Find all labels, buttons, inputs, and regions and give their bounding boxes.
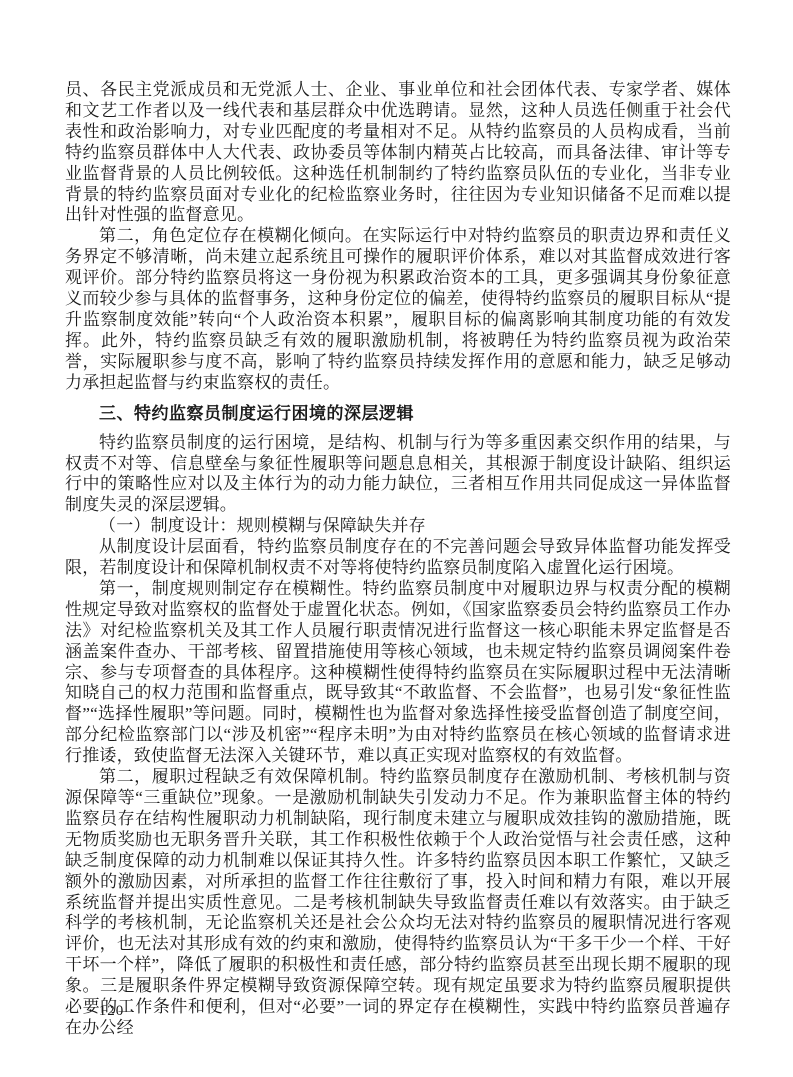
document-page: 员、各民主党派成员和无党派人士、企业、事业单位和社会团体代表、专家学者、媒体和文… [0, 0, 793, 1077]
body-paragraph-guarantee-absence: 第二，履职过程缺乏有效保障机制。特约监察员制度存在激励机制、考核机制与资源保障等… [65, 767, 731, 1039]
subsection-heading: （一）制度设计：规则模糊与保障缺失并存 [65, 516, 731, 537]
body-paragraph-role-ambiguity: 第二，角色定位存在模糊化倾向。在实际运行中对特约监察员的职责边界和责任义务界定不… [65, 226, 731, 393]
body-paragraph-deep-logic-intro: 特约监察员制度的运行困境，是结构、机制与行为等多重因素交织作用的结果，与权责不对… [65, 433, 731, 517]
section-heading: 三、特约监察员制度运行困境的深层逻辑 [65, 403, 731, 424]
body-paragraph-selection-mechanism: 员、各民主党派成员和无党派人士、企业、事业单位和社会团体代表、专家学者、媒体和文… [65, 80, 731, 226]
body-paragraph-rule-vagueness: 第一，制度规则制定存在模糊性。特约监察员制度中对履职边界与权责分配的模糊性规定导… [65, 579, 731, 767]
body-paragraph-design-overview: 从制度设计层面看，特约监察员制度存在的不完善问题会导致异体监督功能发挥受限，若制… [65, 537, 731, 579]
page-number: · 120 · [88, 1003, 135, 1020]
